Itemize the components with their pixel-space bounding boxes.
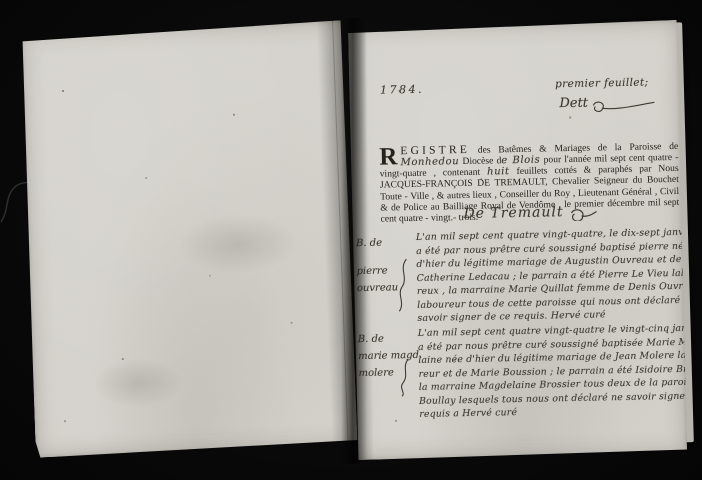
- entry-body: L'an mil sept cent quatre vingt-quatre l…: [418, 322, 686, 422]
- year-label: 1784.: [380, 83, 424, 97]
- scanned-register-spread: { "colors": { "background": "#0a0a0a", "…: [0, 0, 702, 480]
- margin-line: B. de: [356, 237, 414, 250]
- signature-paraph-icon: [567, 202, 597, 221]
- dust-specks: [20, 32, 21, 33]
- heading-text: Diocèse d: [462, 155, 501, 167]
- folio-annotation: Dett: [559, 91, 656, 113]
- folio-label: premier feuillet;: [555, 76, 649, 90]
- margin-brace-icon: [396, 357, 413, 397]
- entry-body: L'an mil sept cent quatre vingt-quatre, …: [416, 226, 684, 326]
- folio-count-insert: huit: [487, 166, 510, 177]
- drop-cap: R: [379, 146, 400, 167]
- register-title: EGISTRE: [400, 143, 470, 156]
- signature-name: De Tremault: [463, 204, 563, 222]
- paper-stain: [92, 356, 184, 409]
- paraph-flourish-icon: [590, 95, 656, 112]
- margin-line: B. de: [358, 333, 416, 346]
- margin-brace-icon: [394, 257, 411, 313]
- dust-specks: [358, 31, 359, 32]
- baptism-entry: B. de pierre ouvreau L'an mil sept cent …: [352, 226, 682, 232]
- folio-annotation-text: Dett: [559, 95, 588, 111]
- officer-signature: De Tremault: [463, 202, 597, 223]
- paper-grain-texture: [20, 20, 357, 458]
- paper-stain: [177, 212, 299, 276]
- parish-name-insert: Monhedou: [400, 156, 459, 168]
- diocese-insert: e Blois: [501, 154, 540, 166]
- right-page: 1784. premier feuillet; Dett REGISTRE de…: [348, 20, 687, 460]
- left-page: [20, 20, 357, 458]
